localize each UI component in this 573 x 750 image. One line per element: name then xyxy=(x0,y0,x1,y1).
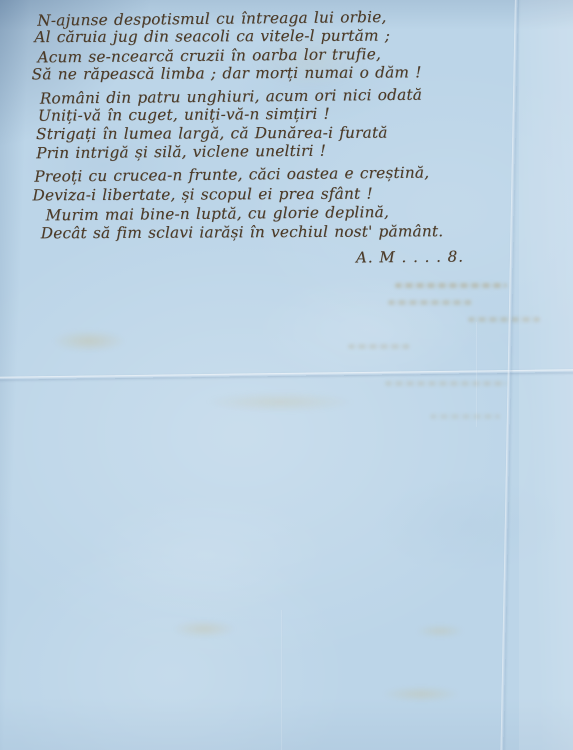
fold-crease-vertical-bottom xyxy=(281,610,283,750)
paper-stain xyxy=(382,686,460,702)
ink-showthrough xyxy=(468,317,540,322)
manuscript-line: Să ne răpească limba ; dar morți numai o… xyxy=(32,63,545,84)
ink-showthrough xyxy=(430,414,500,419)
fold-crease-horizontal xyxy=(0,369,573,379)
author-signature: A. M . . . . 8. xyxy=(356,248,464,267)
ink-showthrough xyxy=(385,381,507,386)
paper-stain xyxy=(205,392,355,412)
ink-showthrough xyxy=(388,300,472,305)
ink-showthrough xyxy=(395,283,507,288)
paper-stain xyxy=(416,624,464,638)
manuscript-page: N-ajunse despotismul cu întreaga lui orb… xyxy=(0,0,573,750)
paper-stain xyxy=(172,620,236,638)
manuscript-line: Prin intrigă și silă, viclene uneltiri ! xyxy=(36,140,545,163)
poem-text: N-ajunse despotismul cu întreaga lui orb… xyxy=(29,7,546,249)
poem-stanza: Români din patru unghiuri, acum ori nici… xyxy=(30,85,545,162)
fold-crease-vertical-short xyxy=(476,322,478,427)
ink-showthrough xyxy=(348,344,410,349)
manuscript-line: Decât să fim sclavi iarăși în vechiul no… xyxy=(41,222,546,244)
poem-stanza: Preoți cu crucea-n frunte, căci oastea e… xyxy=(30,164,546,244)
poem-stanza: N-ajunse despotismul cu întreaga lui orb… xyxy=(29,7,544,84)
paper-stain xyxy=(52,330,126,352)
